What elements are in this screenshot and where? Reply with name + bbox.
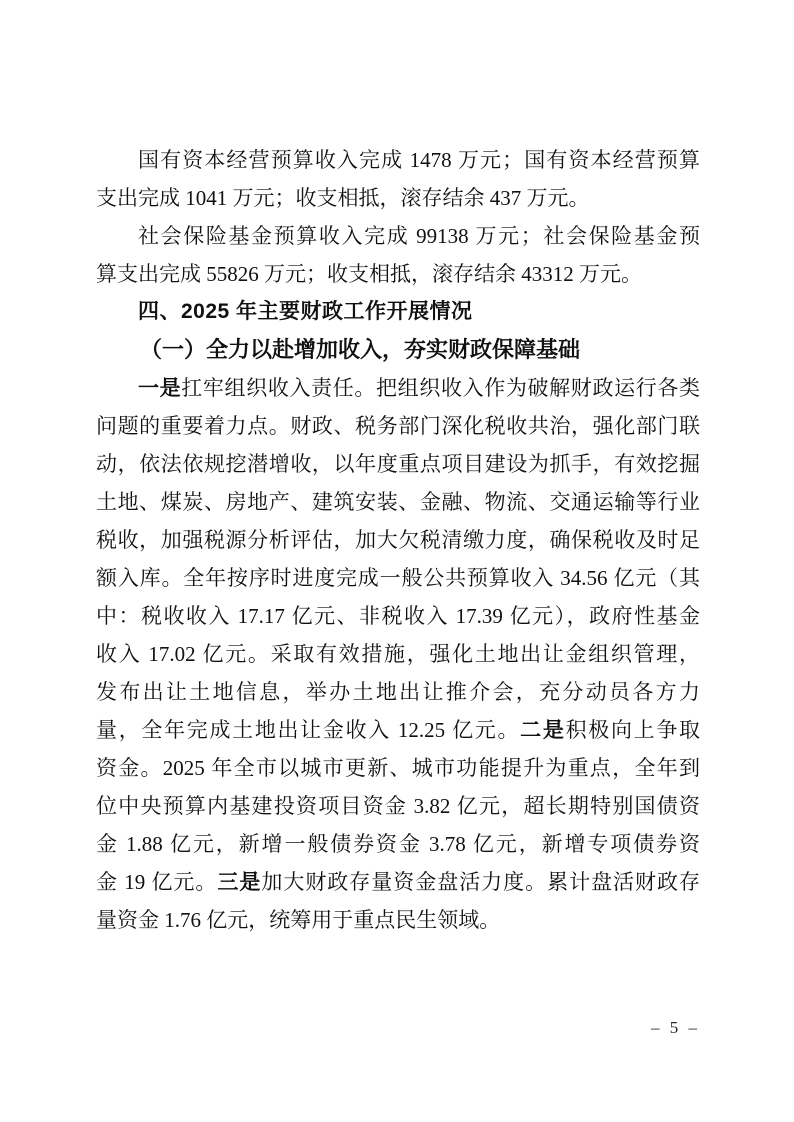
document-line: 国有资本经营预算收入完成 1478 万元；国有资本经营预算: [96, 141, 700, 179]
body-text: 金 1.88 亿元，新增一般债券资金 3.78 亿元，新增专项债券资: [96, 832, 700, 856]
document-line: 算支出完成 55826 万元；收支相抵，滚存结余 43312 万元。: [96, 255, 700, 293]
emphasis-text: 一是: [138, 376, 181, 400]
body-text: 税收，加强税源分析评估，加大欠税清缴力度，确保税收及时足: [96, 528, 700, 552]
body-text: 收入 17.02 亿元。采取有效措施，强化土地出让金组织管理，: [96, 642, 700, 666]
body-text: 动，依法依规挖潜增收，以年度重点项目建设为抓手，有效挖掘: [96, 452, 700, 476]
document-line: 收入 17.02 亿元。采取有效措施，强化土地出让金组织管理，: [96, 635, 700, 673]
body-text: 发布出让土地信息，举办土地出让推介会，充分动员各方力: [96, 680, 700, 704]
body-text: 扛牢组织收入责任。把组织收入作为破解财政运行各类: [181, 376, 700, 400]
page-number: – 5 –: [651, 1018, 700, 1038]
document-line: 土地、煤炭、房地产、建筑安装、金融、物流、交通运输等行业: [96, 483, 700, 521]
document-line: 发布出让土地信息，举办土地出让推介会，充分动员各方力: [96, 673, 700, 711]
document-line: 社会保险基金预算收入完成 99138 万元；社会保险基金预: [96, 217, 700, 255]
body-text: 资金。2025 年全市以城市更新、城市功能提升为重点，全年到: [96, 756, 700, 780]
document-line: 问题的重要着力点。财政、税务部门深化税收共治，强化部门联: [96, 407, 700, 445]
document-body: 国有资本经营预算收入完成 1478 万元；国有资本经营预算支出完成 1041 万…: [96, 141, 700, 939]
body-text: 四、2025 年主要财政工作开展情况: [138, 300, 473, 323]
document-line: 金 19 亿元。三是加大财政存量资金盘活力度。累计盘活财政存: [96, 863, 700, 901]
document-line: 额入库。全年按序时进度完成一般公共预算收入 34.56 亿元（其: [96, 559, 700, 597]
body-text: 土地、煤炭、房地产、建筑安装、金融、物流、交通运输等行业: [96, 490, 700, 514]
document-line: 位中央预算内基建投资项目资金 3.82 亿元，超长期特别国债资: [96, 787, 700, 825]
body-text: 国有资本经营预算收入完成 1478 万元；国有资本经营预算: [138, 148, 700, 172]
emphasis-text: 二是: [520, 718, 565, 742]
body-text: 积极向上争取: [566, 718, 700, 742]
document-line: 税收，加强税源分析评估，加大欠税清缴力度，确保税收及时足: [96, 521, 700, 559]
document-line: 量，全年完成土地出让金收入 12.25 亿元。二是积极向上争取: [96, 711, 700, 749]
document-page: 国有资本经营预算收入完成 1478 万元；国有资本经营预算支出完成 1041 万…: [0, 0, 794, 1122]
document-line: 资金。2025 年全市以城市更新、城市功能提升为重点，全年到: [96, 749, 700, 787]
body-text: 位中央预算内基建投资项目资金 3.82 亿元，超长期特别国债资: [96, 794, 700, 818]
body-text: 支出完成 1041 万元；收支相抵，滚存结余 437 万元。: [96, 186, 590, 210]
body-text: 中：税收收入 17.17 亿元、非税收入 17.39 亿元），政府性基金: [96, 604, 700, 628]
body-text: 问题的重要着力点。财政、税务部门深化税收共治，强化部门联: [96, 414, 700, 438]
document-line: 一是扛牢组织收入责任。把组织收入作为破解财政运行各类: [96, 369, 700, 407]
body-text: 量资金 1.76 亿元，统筹用于重点民生领域。: [96, 908, 500, 932]
document-line: 支出完成 1041 万元；收支相抵，滚存结余 437 万元。: [96, 179, 700, 217]
body-text: （一）全力以赴增加收入，夯实财政保障基础: [140, 337, 580, 362]
document-line: 中：税收收入 17.17 亿元、非税收入 17.39 亿元），政府性基金: [96, 597, 700, 635]
body-text: 加大财政存量资金盘活力度。累计盘活财政存: [261, 870, 700, 894]
body-text: 算支出完成 55826 万元；收支相抵，滚存结余 43312 万元。: [96, 262, 642, 286]
document-line: （一）全力以赴增加收入，夯实财政保障基础: [96, 331, 700, 369]
body-text: 额入库。全年按序时进度完成一般公共预算收入 34.56 亿元（其: [96, 566, 700, 590]
body-text: 金 19 亿元。: [96, 870, 217, 894]
body-text: 量，全年完成土地出让金收入 12.25 亿元。: [96, 718, 520, 742]
document-line: 金 1.88 亿元，新增一般债券资金 3.78 亿元，新增专项债券资: [96, 825, 700, 863]
document-line: 量资金 1.76 亿元，统筹用于重点民生领域。: [96, 901, 700, 939]
emphasis-text: 三是: [217, 870, 261, 894]
document-line: 四、2025 年主要财政工作开展情况: [96, 293, 700, 331]
body-text: 社会保险基金预算收入完成 99138 万元；社会保险基金预: [138, 224, 700, 248]
document-line: 动，依法依规挖潜增收，以年度重点项目建设为抓手，有效挖掘: [96, 445, 700, 483]
